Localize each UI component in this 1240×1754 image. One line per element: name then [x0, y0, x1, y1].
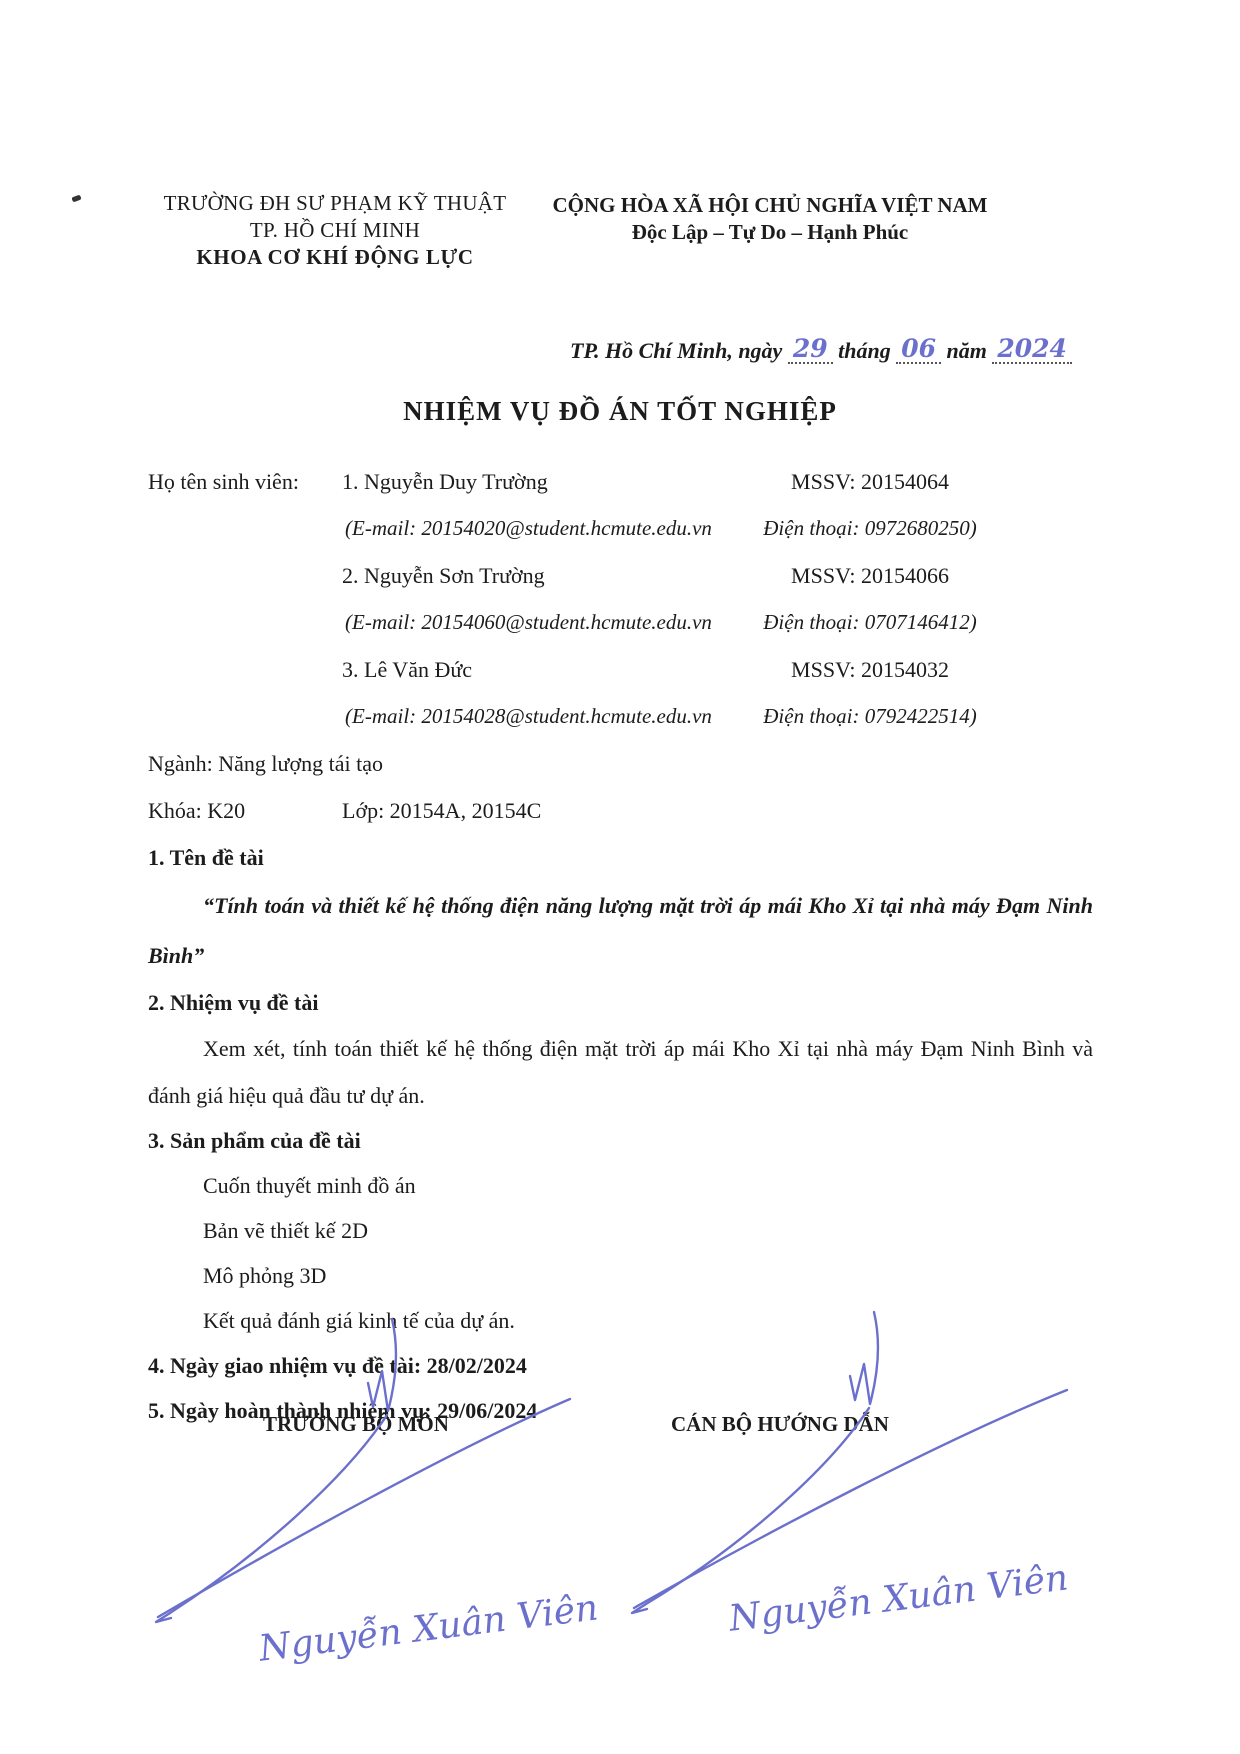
- student-2-email: (E-mail: 20154060@student.hcmute.edu.vn: [345, 599, 712, 646]
- document-title: NHIỆM VỤ ĐỒ ÁN TỐT NGHIỆP: [0, 396, 1240, 427]
- date-mid1: tháng: [838, 338, 891, 363]
- deliverable-item: Mô phỏng 3D: [148, 1253, 1093, 1298]
- date-line: TP. Hồ Chí Minh, ngày 29 tháng 06 năm 20…: [570, 338, 1090, 364]
- faculty-name: KHOA CƠ KHÍ ĐỘNG LỰC: [150, 244, 520, 271]
- section-2-heading: 2. Nhiệm vụ đề tài: [148, 981, 1093, 1025]
- student-row: Họ tên sinh viên: 1. Nguyễn Duy Trường M…: [148, 458, 1093, 505]
- student-2-name: 2. Nguyễn Sơn Trường: [342, 552, 545, 599]
- document-body: Họ tên sinh viên: 1. Nguyễn Duy Trường M…: [148, 458, 1093, 1433]
- student-3-mssv: MSSV: 20154032: [745, 646, 995, 693]
- section-3-heading: 3. Sản phẩm của đề tài: [148, 1119, 1093, 1163]
- student-1-mssv: MSSV: 20154064: [745, 458, 995, 505]
- school-name-line1: TRƯỜNG ĐH SƯ PHẠM KỸ THUẬT: [150, 190, 520, 217]
- date-prefix: TP. Hồ Chí Minh, ngày: [570, 338, 782, 363]
- cohort-label: Khóa: K20: [148, 787, 245, 834]
- handwritten-day-field: 29: [788, 339, 833, 364]
- handwritten-month-field: 06: [896, 339, 941, 364]
- handwritten-month: 06: [901, 334, 936, 363]
- deliverable-item: Cuốn thuyết minh đồ án: [148, 1163, 1093, 1208]
- school-name-line2: TP. HỒ CHÍ MINH: [150, 217, 520, 244]
- section-2-body: Xem xét, tính toán thiết kế hệ thống điệ…: [148, 1025, 1093, 1119]
- project-title-quote: “Tính toán và thiết kế hệ thống điện năn…: [148, 881, 1093, 981]
- student-contact-row: (E-mail: 20154060@student.hcmute.edu.vn …: [148, 599, 1093, 646]
- cohort-row: Khóa: K20 Lớp: 20154A, 20154C: [148, 787, 1093, 834]
- student-row: 3. Lê Văn Đức MSSV: 20154032: [148, 646, 1093, 693]
- student-row: 2. Nguyễn Sơn Trường MSSV: 20154066: [148, 552, 1093, 599]
- major-label: Ngành: Năng lượng tái tạo: [148, 740, 383, 787]
- student-1-phone: Điện thoại: 0972680250): [745, 505, 995, 552]
- national-title: CỘNG HÒA XÃ HỘI CHỦ NGHĨA VIỆT NAM: [540, 192, 1000, 219]
- handwritten-year: 2024: [997, 334, 1067, 363]
- document-page: TRƯỜNG ĐH SƯ PHẠM KỸ THUẬT TP. HỒ CHÍ MI…: [0, 0, 1240, 1754]
- student-3-email: (E-mail: 20154028@student.hcmute.edu.vn: [345, 693, 712, 740]
- student-2-mssv: MSSV: 20154066: [745, 552, 995, 599]
- deliverable-item: Bản vẽ thiết kế 2D: [148, 1208, 1093, 1253]
- student-contact-row: (E-mail: 20154028@student.hcmute.edu.vn …: [148, 693, 1093, 740]
- handwritten-year-field: 2024: [992, 339, 1072, 364]
- date-mid2: năm: [947, 338, 987, 363]
- national-header: CỘNG HÒA XÃ HỘI CHỦ NGHĨA VIỆT NAM Độc L…: [540, 192, 1000, 246]
- student-1-name: 1. Nguyễn Duy Trường: [342, 458, 548, 505]
- scan-artifact: [71, 195, 81, 203]
- student-3-phone: Điện thoại: 0792422514): [745, 693, 995, 740]
- national-motto: Độc Lập – Tự Do – Hạnh Phúc: [540, 219, 1000, 246]
- school-header: TRƯỜNG ĐH SƯ PHẠM KỸ THUẬT TP. HỒ CHÍ MI…: [150, 190, 520, 271]
- student-1-email: (E-mail: 20154020@student.hcmute.edu.vn: [345, 505, 712, 552]
- student-3-name: 3. Lê Văn Đức: [342, 646, 472, 693]
- signature-stroke-left: [140, 1305, 580, 1635]
- section-1-heading: 1. Tên đề tài: [148, 834, 1093, 881]
- major-row: Ngành: Năng lượng tái tạo: [148, 740, 1093, 787]
- student-contact-row: (E-mail: 20154020@student.hcmute.edu.vn …: [148, 505, 1093, 552]
- students-label: Họ tên sinh viên:: [148, 458, 299, 505]
- handwritten-day: 29: [793, 334, 828, 363]
- student-2-phone: Điện thoại: 0707146412): [745, 599, 995, 646]
- class-label: Lớp: 20154A, 20154C: [342, 787, 541, 834]
